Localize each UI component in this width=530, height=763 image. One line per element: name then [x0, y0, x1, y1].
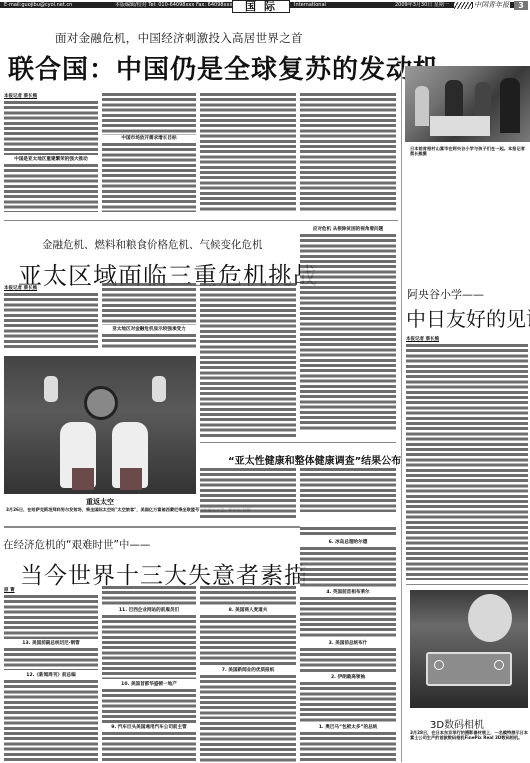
third-subhead-3: 3. 美国前总统布什 — [300, 640, 396, 647]
divider-lead — [4, 220, 398, 221]
second-subhead-2: 亚太地区对金融危机显示较强承受力 — [102, 326, 196, 333]
divider-side — [406, 584, 528, 585]
lead-byline: 本报记者 蔡长熊 — [4, 93, 37, 99]
third-col2-text-d — [102, 732, 196, 762]
lead-col4-text — [300, 93, 396, 212]
photo-boot-left — [72, 468, 94, 490]
header-hatch-decoration — [454, 2, 472, 9]
school-photo-caption: 日本前首相村山富市在阿央谷小学与孩子们在一起。本报记者 蔡长熊摄 — [410, 146, 525, 158]
second-col4-text — [300, 234, 396, 430]
third-col3-text — [200, 586, 296, 606]
camera-caption: 3月28日，在日本东京举行的摄影器材展上，一名模特展示日本富士公司生产的首款数码… — [410, 730, 528, 762]
third-subhead-2: 2. 伊朗最高领袖 — [300, 674, 396, 681]
third-col4-text-c — [300, 597, 396, 637]
third-kicker: 在经济危机的“艰难时世”中—— — [3, 537, 150, 552]
lead-col1-text-b — [4, 164, 98, 212]
second-col2-text — [102, 283, 196, 325]
third-subhead-13: 13. 美国前副总统切尼·钢管 — [4, 640, 98, 647]
third-subhead-12: 12.《新闻周刊》前总编 — [4, 672, 98, 679]
paper-logo: 中国青年报 — [473, 0, 510, 10]
third-col2-text-c — [102, 689, 196, 723]
third-subhead-6: 6. 冰岛总理哈尔德 — [300, 539, 396, 546]
divider-third — [4, 526, 300, 528]
side-headline: 中日友好的见证 — [406, 303, 530, 332]
photo-camera-lens — [494, 660, 504, 670]
third-col1-text-b — [4, 648, 98, 670]
header-section-en: International — [294, 1, 326, 9]
third-col2-text — [102, 586, 196, 606]
lead-col1-text — [4, 101, 98, 155]
second-col3-text — [200, 283, 296, 438]
lead-col2-text-b — [102, 143, 196, 212]
lead-col2-text — [102, 93, 196, 135]
photo-boot-right — [120, 468, 142, 490]
second-col1-text — [4, 293, 98, 348]
lead-subhead-3: 中国市场放开需求增长目标 — [102, 135, 196, 142]
camera-title: 3D数码相机 — [430, 716, 484, 731]
third-subhead-7: 7. 美国新闻业的优质报纸 — [200, 667, 296, 674]
lead-kicker: 面对金融危机，中国经济刺激投入高居世界之首 — [55, 30, 303, 46]
photo-camera-lens — [434, 660, 444, 670]
photo-hand-right — [152, 376, 166, 402]
third-subhead-9: 9. 汽车巨头美国通用汽车公司前主管 — [102, 724, 196, 731]
photo-helmet — [84, 386, 118, 420]
column-divider — [401, 62, 402, 762]
side-kicker: 阿央谷小学—— — [407, 286, 484, 302]
photo-hand-left — [44, 376, 58, 402]
third-byline: 原 箐 — [4, 587, 15, 593]
photo-figure — [500, 78, 520, 133]
third-col4-text-b — [300, 547, 396, 587]
health-col1-text — [200, 468, 296, 520]
second-subhead-1: 应对危机 从根除贫困的视角看问题 — [300, 226, 396, 233]
third-col4-text-e — [300, 682, 396, 722]
third-col1-text — [4, 595, 98, 639]
third-col4-text-d — [300, 648, 396, 672]
astronaut-title: 重返太空 — [4, 497, 196, 507]
header-date: 2009年3月30日 星期一 — [395, 1, 449, 9]
third-subhead-10: 10. 美国首都华盛顿一地产 — [102, 681, 196, 688]
health-col2-text — [300, 468, 396, 512]
third-subhead-8: 8. 美国商人麦道夫 — [200, 607, 296, 614]
side-story-text — [406, 344, 528, 580]
third-col3-text-b — [200, 615, 296, 665]
health-headline: “亚太性健康和整体健康调查”结果公布 — [228, 452, 401, 467]
second-byline: 本报记者 蔡长熊 — [4, 285, 37, 291]
second-kicker: 金融危机、燃料和粮食价格危机、气候变化危机 — [42, 237, 263, 252]
photo-desk — [430, 116, 490, 136]
third-col4-text-f — [300, 732, 396, 762]
astronaut-photo — [4, 356, 196, 494]
third-col4-text — [300, 527, 396, 537]
lead-col3-text — [200, 93, 296, 212]
page-number: 3 — [514, 1, 528, 10]
side-byline: 本报记者 蔡长熊 — [406, 336, 439, 342]
camera-photo — [410, 590, 528, 708]
lead-subhead-1: 中国是亚太地区重建繁荣的强大推动 — [4, 156, 98, 163]
photo-figure — [415, 86, 429, 126]
third-col3-text-c — [200, 675, 296, 719]
lead-headline: 联合国：中国仍是全球复苏的发动机 — [8, 55, 440, 85]
third-subhead-1: 1. 奥巴马“包袱太多”的总统 — [300, 724, 396, 731]
second-col2-text-b — [102, 334, 196, 348]
third-col1-text-c — [4, 680, 98, 762]
header-editor-info: 本版编辑/校对 Tel: 010-64098xxx Fax: 64098xxx — [115, 1, 232, 9]
section-title: 国际 — [232, 0, 290, 13]
third-subhead-4: 4. 英国前首相布莱尔 — [300, 589, 396, 596]
third-col2-text-b — [102, 615, 196, 679]
photo-camera-body — [426, 652, 512, 686]
photo-model-face — [468, 594, 512, 642]
third-subhead-11: 11. 巴西企业网站的前雇员们 — [102, 607, 196, 614]
header-email: E-mail:guojibu@cyol.net.cn — [4, 1, 72, 9]
divider-health — [200, 442, 396, 443]
school-photo — [405, 66, 530, 142]
third-col3-text-d — [200, 722, 296, 762]
